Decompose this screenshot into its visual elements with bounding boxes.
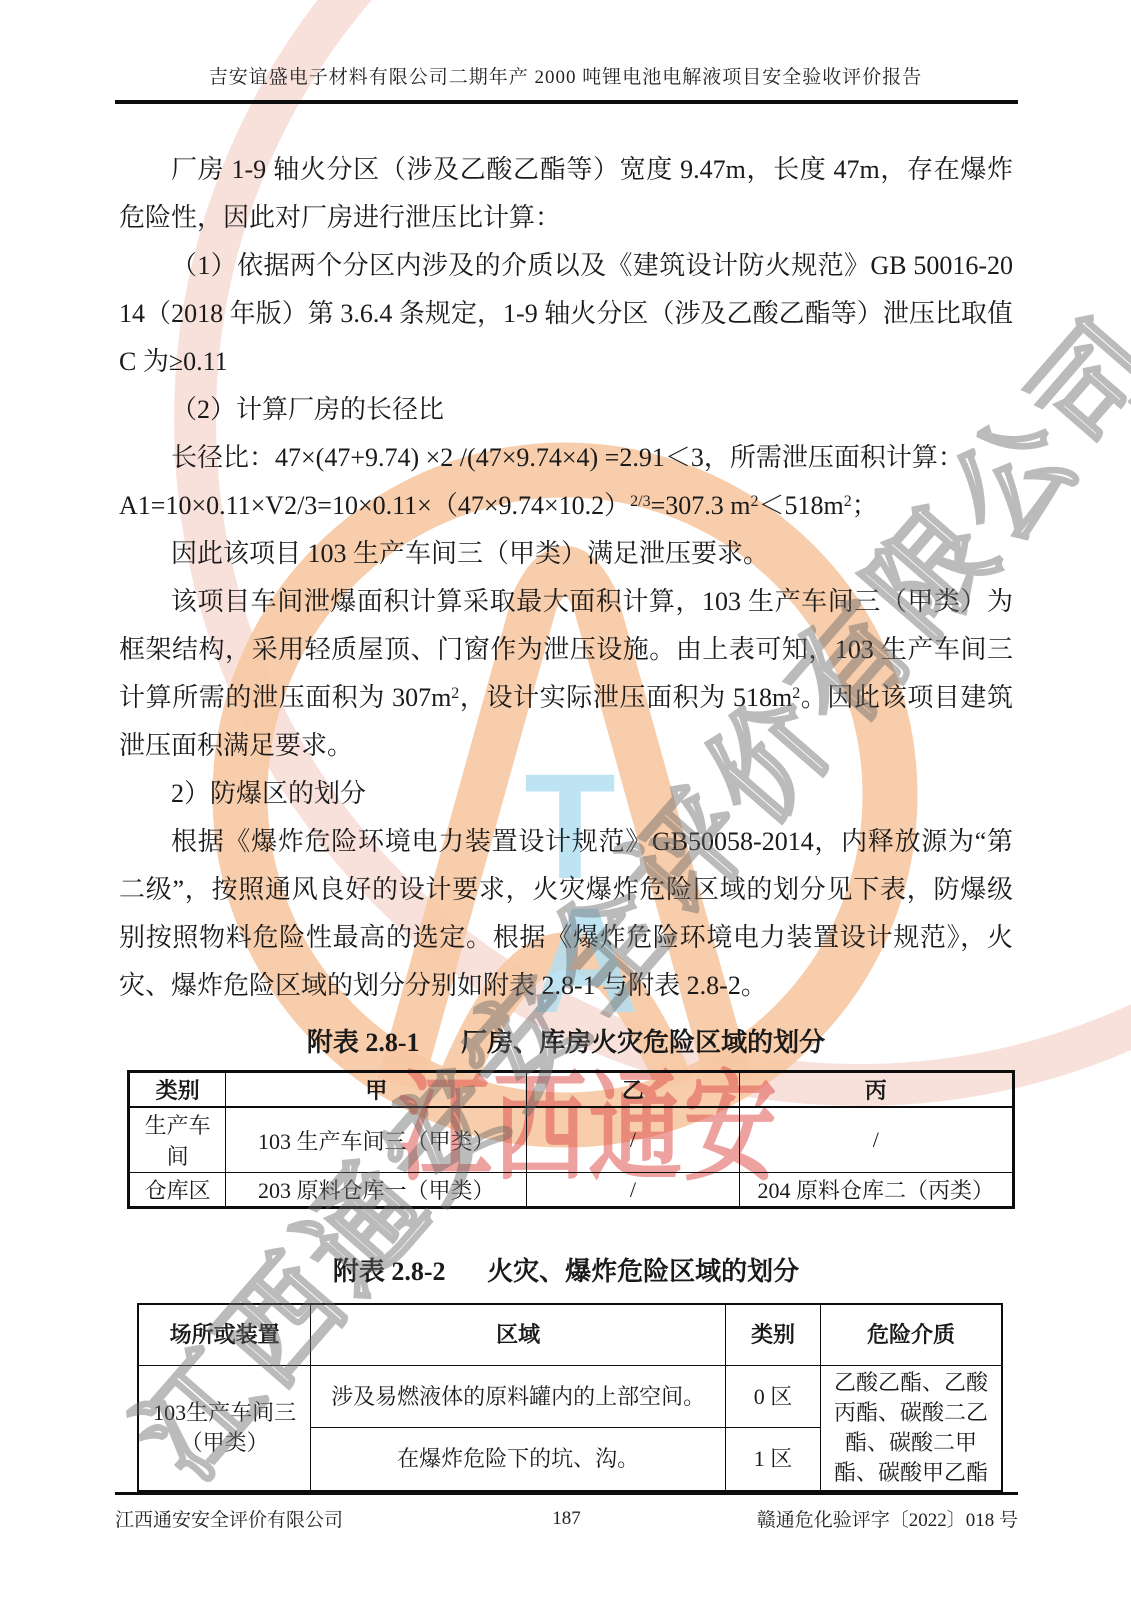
formula-superscript: 2 (751, 493, 759, 510)
paragraph-4: 长径比：47×(47+9.74) ×2 /(47×9.74×4) =2.91＜3… (119, 434, 1013, 482)
footer-page-number: 187 (552, 1508, 581, 1530)
table-cell-area: 涉及易燃液体的原料罐内的上部空间。 (311, 1366, 726, 1428)
formula-segment: =307.3 m (651, 491, 751, 520)
document-page: T A 江西通安 吉安谊盛电子材料有限公司二期年产 2000 吨锂电池电解液项目… (0, 0, 1131, 1600)
table-cell: 204 原料仓库二（丙类） (739, 1173, 1013, 1208)
table-cell-medium: 乙酸乙酯、乙酸丙酯、碳酸二乙酯、碳酸二甲酯、碳酸甲乙酯 (821, 1366, 1002, 1492)
table1-caption: 附表 2.8-1厂房、库房火灾危险区域的划分 (119, 1026, 1013, 1060)
table-header-row: 类别 甲 乙 丙 (129, 1072, 1014, 1108)
body-text: 厂房 1-9 轴火分区（涉及乙酸乙酯等）宽度 9.47m，长度 47m，存在爆炸… (119, 146, 1013, 1492)
paragraph-8: 根据《爆炸危险环境电力装置设计规范》GB50058-2014，内释放源为“第二级… (119, 818, 1013, 1010)
formula-segment: ＜518m (759, 491, 844, 520)
paragraph-3: （2）计算厂房的长径比 (119, 386, 1013, 434)
formula-superscript: 2 (844, 493, 852, 510)
page-content: 吉安谊盛电子材料有限公司二期年产 2000 吨锂电池电解液项目安全验收评价报告 … (0, 0, 1131, 1600)
formula-segment: ； (852, 491, 878, 520)
paragraph-formula: A1=10×0.11×V2/3=10×0.11×（47×9.74×10.2）2/… (119, 482, 1013, 530)
table-cell-place: 103生产车间三（甲类） (138, 1366, 311, 1492)
paragraph-1: 厂房 1-9 轴火分区（涉及乙酸乙酯等）宽度 9.47m，长度 47m，存在爆炸… (119, 146, 1013, 242)
paragraph-7: 2）防爆区的划分 (119, 770, 1013, 818)
table-header-row: 场所或装置 区域 类别 危险介质 (138, 1304, 1002, 1366)
table-cell-area: 在爆炸危险下的坑、沟。 (311, 1428, 726, 1491)
footer-doc-number: 赣通危化验评字〔2022〕018 号 (581, 1505, 1018, 1532)
explosion-hazard-zone-table: 场所或装置 区域 类别 危险介质 103生产车间三（甲类） 涉及易燃液体的原料罐… (137, 1303, 1003, 1492)
table-cell-zone: 1 区 (726, 1428, 821, 1491)
column-header: 甲 (226, 1072, 527, 1108)
page-header-title: 吉安谊盛电子材料有限公司二期年产 2000 吨锂电池电解液项目安全验收评价报告 (0, 62, 1131, 89)
column-header: 类别 (726, 1304, 821, 1366)
column-header: 场所或装置 (138, 1304, 311, 1366)
table-cell: 103 生产车间三（甲类） (226, 1107, 527, 1173)
fire-hazard-area-table: 类别 甲 乙 丙 生产车间 103 生产车间三（甲类） / / 仓库区 203 … (127, 1070, 1015, 1209)
formula-superscript: 2/3 (630, 493, 650, 510)
table2-caption-label: 附表 2.8-2 (333, 1257, 446, 1286)
table-cell: 仓库区 (129, 1173, 226, 1208)
column-header: 乙 (527, 1072, 739, 1108)
table2-caption: 附表 2.8-2火灾、爆炸危险区域的划分 (119, 1255, 1013, 1289)
footer-company: 江西通安安全评价有限公司 (115, 1505, 552, 1532)
paragraph-6: 该项目车间泄爆面积计算采取最大面积计算，103 生产车间三（甲类）为框架结构，采… (119, 578, 1013, 770)
paragraph-5: 因此该项目 103 生产车间三（甲类）满足泄压要求。 (119, 530, 1013, 578)
formula-segment: A1=10×0.11×V2/3=10×0.11×（47×9.74×10.2） (119, 491, 630, 520)
table-cell: 203 原料仓库一（甲类） (226, 1173, 527, 1208)
table-row: 生产车间 103 生产车间三（甲类） / / (129, 1107, 1014, 1173)
table1-caption-label: 附表 2.8-1 (307, 1028, 420, 1057)
column-header: 丙 (739, 1072, 1013, 1108)
column-header: 类别 (129, 1072, 226, 1108)
table-row: 仓库区 203 原料仓库一（甲类） / 204 原料仓库二（丙类） (129, 1173, 1014, 1208)
header-rule (115, 100, 1018, 104)
table-cell: / (527, 1107, 739, 1173)
table-cell: / (527, 1173, 739, 1208)
table-row: 103生产车间三（甲类） 涉及易燃液体的原料罐内的上部空间。 0 区 乙酸乙酯、… (138, 1366, 1002, 1428)
page-footer: 江西通安安全评价有限公司 187 赣通危化验评字〔2022〕018 号 (115, 1505, 1018, 1532)
table2-caption-title: 火灾、爆炸危险区域的划分 (487, 1257, 799, 1286)
table-cell: 生产车间 (129, 1107, 226, 1173)
paragraph-6-segment: ，设计实际泄压面积为 518m (459, 683, 792, 712)
footer-rule (115, 1492, 1018, 1495)
column-header: 危险介质 (821, 1304, 1002, 1366)
table1-caption-title: 厂房、库房火灾危险区域的划分 (461, 1028, 825, 1057)
paragraph-2: （1）依据两个分区内涉及的介质以及《建筑设计防火规范》GB 50016-2014… (119, 242, 1013, 386)
paragraph-6-superscript: 2 (792, 685, 800, 702)
table-cell: / (739, 1107, 1013, 1173)
table-cell-zone: 0 区 (726, 1366, 821, 1428)
column-header: 区域 (311, 1304, 726, 1366)
